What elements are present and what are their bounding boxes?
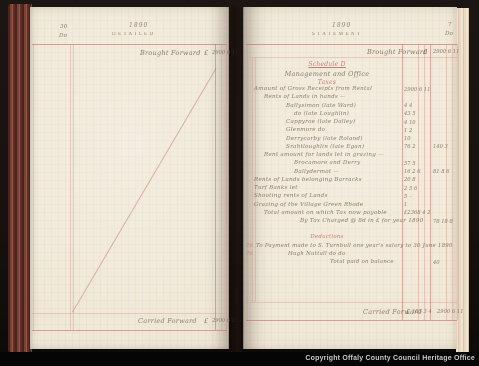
left-folio-number: 30 [60,24,68,30]
ledger-row-text: 1 2 [404,128,412,134]
rule [246,57,457,58]
ledger-row-text: 140 3 [433,144,448,150]
rule [226,44,227,330]
right-carried-forward-amount-inner: 103 3 4 [412,309,432,315]
left-page [30,7,229,349]
rule [252,57,253,302]
right-folio-number: 7 [448,22,452,28]
ledger-photo: 30 Do 1890 DETAILED Brought Forward £ 29… [0,0,479,366]
ledger-row-text: 40 [433,260,440,266]
ledger-row-text: 16 2 6 [404,169,421,175]
rule [402,44,403,320]
left-header: DETAILED [112,32,156,37]
rule [73,44,74,330]
ledger-row-text: 78 18 8 [433,219,453,225]
ledger-row-text: 4 4 [404,103,412,109]
ledger-row-text: Ballysimon (late Ward) [286,103,356,109]
rule [247,44,248,320]
ledger-row-text: Derrycarby (late Roland) [286,136,363,142]
rule [418,44,419,320]
ledger-row-text: 20 8 [404,177,416,183]
ledger-row-text: Total paid on balance [330,259,394,265]
right-brought-forward-label: Brought Forward [367,48,428,56]
ledger-row-text: 70 [246,243,253,249]
ledger-row-text: 2 5 6 [404,186,417,192]
rule [32,330,227,331]
rule [32,44,227,45]
rule [457,44,458,320]
right-carried-forward-currency: £ [406,308,410,316]
rule [452,44,453,320]
ledger-row-text: By Tax Charged @ 8d in £ for year 1890 [300,218,423,224]
rule [424,44,425,320]
right-header: STATEMENT [312,32,362,37]
ledger-row-text: 5 – [404,194,412,200]
ledger-row-text: Turf Banks let [254,185,298,191]
rule [70,44,71,330]
left-folio-mark: Do [59,33,67,39]
ledger-row-text: Srahtloughlin (late Egan) [286,144,364,150]
ledger-row-text: Cappyroe (late Dalley) [286,119,355,125]
right-brought-forward-currency: £ [423,48,427,56]
ledger-row-text: 76 2 [404,144,416,150]
ledger-row-text: 10 [404,136,411,142]
ledger-row-text: Shooting rents of Lands [254,193,328,199]
book-page-edges-left [8,4,32,352]
left-brought-forward-label: Brought Forward [140,49,201,57]
ledger-row-text: Total amount on which Tax now payable [264,210,387,216]
ledger-row-text: £2368 4 2 [404,210,430,216]
ledger-row-text: Grazing of the Village Green Rhode [254,202,363,208]
left-carried-forward-currency: £ [204,317,208,325]
rule [215,44,216,330]
ledger-row-text: Rents of Lands in hands — [264,94,346,100]
copyright-text: Copyright Offaly County Council Heritage… [305,355,475,362]
right-folio-mark: Do [445,31,453,37]
rule [246,320,457,321]
copyright-band: Copyright Offaly County Council Heritage… [0,352,479,366]
ledger-row-text: Hugh Nuttall do do [288,251,345,257]
ledger-row-text: Rents of Lands belonging Barracks [254,177,362,183]
ledger-row-text: Glenmore do [286,127,325,133]
rule [246,302,457,303]
ledger-row-text: Ballydermot — [294,169,339,175]
ledger-row-text: Rent amount for lands let in grazing — [264,152,384,158]
rule [246,44,457,45]
ledger-row-text: Amount of Gross Receipts from Rental [254,86,372,92]
ledger-row-text: 2900 6 11 [404,87,430,93]
ledger-row-text: 57 5 [404,161,416,167]
ledger-row-text: 81 8 6 [433,169,450,175]
ledger-row-text: 1 [404,202,407,208]
ledger-row-text: do (late Loughlin) [294,111,349,117]
schedule-heading: Schedule D [252,61,402,68]
right-carried-forward-amount-outer: 2900 6 11 [437,309,463,315]
book-gutter [228,5,244,352]
left-year: 1890 [129,22,148,29]
rule [446,44,447,320]
left-brought-forward-currency: £ [204,49,208,57]
ledger-row-text: 70 [246,251,253,257]
ledger-row-text: 43 5 [404,111,416,117]
ledger-row-text: To Payment made to S. Turnbull one year'… [256,243,453,249]
rule [430,44,431,320]
rule [33,44,34,330]
left-carried-forward-label: Carried Forward [138,317,197,325]
taxes-heading: Taxes [252,79,402,86]
rule [32,313,227,314]
ledger-row-text: Brocamore and Derry [294,160,360,166]
management-subheading: Management and Office [252,70,402,78]
rule [221,44,222,330]
ledger-row-text: 4 10 [404,120,416,126]
right-year: 1890 [332,22,351,29]
deductions-heading: Deductions [252,234,402,240]
right-brought-forward-amount: 2900 6 11 [433,49,459,55]
